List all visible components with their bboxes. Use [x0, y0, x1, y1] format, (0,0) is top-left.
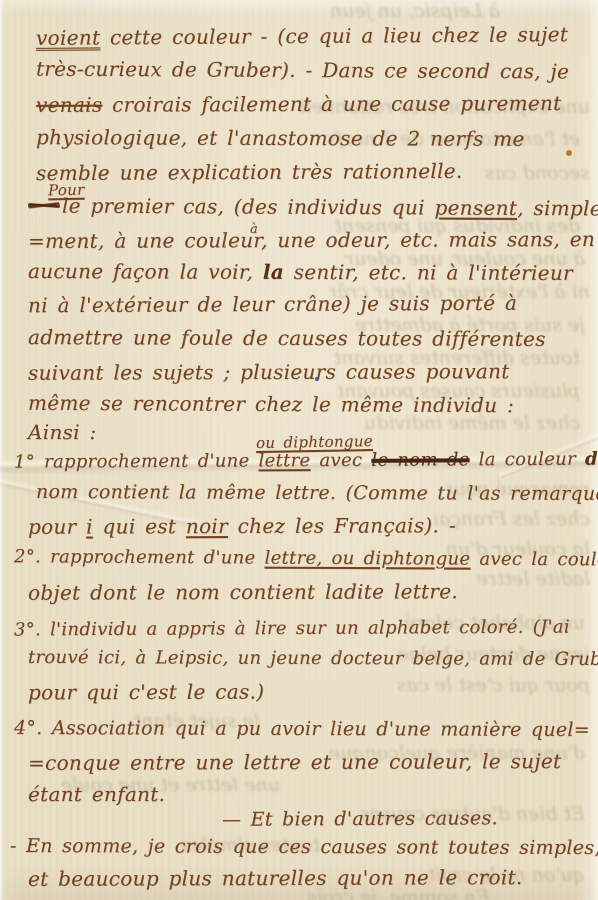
list-item-4: 4°. Association qui a pu avoir lieu d'un…: [14, 717, 590, 741]
text-segment: objet dont le nom contient ladite lettre…: [28, 579, 458, 605]
text-segment: sentir, etc. ni à l'intérieur: [284, 260, 573, 285]
line-final: et beaucoup plus naturelles qu'on ne le …: [28, 865, 523, 891]
line-08: aucune façon la voir, la sentir, etc. ni…: [28, 259, 573, 285]
bleedthrough-text: chez les Français: [435, 508, 590, 530]
text-segment: 3°. l'individu a appris à lire sur un al…: [14, 617, 570, 641]
text-segment: pour qui c'est le cas.): [28, 680, 264, 705]
text-segment: même se rencontrer chez le même individu…: [28, 391, 514, 418]
line-04: physiologique, et l'anastomose de 2 nerf…: [36, 125, 525, 151]
text-segment: le nom de: [371, 449, 469, 471]
text-segment: admettre une foule de causes toutes diff…: [28, 325, 546, 351]
text-segment: nom contient la même lettre. (Comme tu l…: [36, 481, 598, 505]
text-segment: et beaucoup plus naturelles qu'on ne le …: [28, 865, 523, 891]
text-segment: venais: [36, 93, 102, 117]
bleedthrough-text: pour qui c'est le cas: [300, 674, 590, 696]
line-02: très-curieux de Gruber). - Dans ce secon…: [36, 57, 569, 84]
text-segment: noir: [186, 514, 228, 538]
text-segment: avec: [310, 450, 371, 471]
text-segment: la couleur: [470, 449, 585, 471]
line-other-causes: — Et bien d'autres causes.: [222, 807, 498, 830]
text-segment: la: [263, 260, 284, 284]
line-13: Ainsi :: [28, 420, 97, 444]
text-segment: , simple,: [517, 196, 598, 220]
text-segment: Ainsi :: [28, 420, 97, 444]
text-segment: aucune façon la voir,: [28, 259, 263, 284]
bleedthrough-text: à Leipsic, un jeune docteur: [330, 0, 500, 22]
line-09: ni à l'extérieur de leur crâne) je suis …: [28, 291, 517, 318]
text-segment: croirais facilement à une cause purement: [102, 91, 561, 117]
ink-speck: [566, 150, 572, 156]
list-item-3b: trouvé ici, à Leipsic, un jeune docteur …: [28, 647, 598, 670]
text-segment: =conque entre une lettre et une couleur,…: [28, 749, 561, 775]
list-item-3: 3°. l'individu a appris à lire sur un al…: [14, 617, 570, 641]
list-item-2b: objet dont le nom contient ladite lettre…: [28, 579, 458, 605]
list-item-3c: pour qui c'est le cas.): [28, 680, 264, 705]
list-item-1: 1° rapprochement d'une lettre avec le no…: [14, 448, 598, 472]
text-segment: physiologique, et l'anastomose de 2 nerf…: [36, 125, 525, 151]
text-segment: dont: [585, 448, 598, 469]
line-01: voient cette couleur - (ce qui a lieu ch…: [36, 22, 568, 50]
text-segment: qui est: [93, 514, 186, 538]
text-segment: 4°. Association qui a pu avoir lieu d'un…: [14, 717, 590, 741]
text-segment: avec la couleur d'un: [470, 549, 598, 571]
list-item-1c: pour i qui est noir chez les Français). …: [28, 513, 456, 538]
text-segment: le premier cas, (des individus qui: [62, 194, 435, 220]
line-en-somme: - En somme, je crois que ces causes sont…: [10, 835, 598, 859]
list-item-4c: étant enfant.: [28, 782, 165, 806]
text-segment: ni à l'extérieur de leur crâne) je suis …: [28, 291, 517, 318]
list-item-1b: nom contient la même lettre. (Comme tu l…: [36, 481, 598, 505]
text-segment: lettre, ou diphtongue: [264, 548, 470, 570]
text-segment: chez les Français). -: [228, 513, 456, 538]
line-11: suivant les sujets ; plusieurs causes po…: [28, 359, 510, 385]
text-segment: cette couleur - (ce qui a lieu chez le s…: [100, 22, 568, 49]
text-segment: - En somme, je crois que ces causes sont…: [10, 835, 598, 859]
text-segment: pensent: [434, 196, 517, 220]
text-segment: semble une explication très rationnelle.: [36, 159, 463, 185]
text-segment: pour: [28, 515, 86, 539]
manuscript-page: à Leipsic, un jeune docteurune explicati…: [0, 0, 598, 900]
line-10: admettre une foule de causes toutes diff…: [28, 325, 546, 351]
text-segment: très-curieux de Gruber). - Dans ce secon…: [36, 57, 569, 84]
line-06: le premier cas, (des individus qui pense…: [62, 194, 598, 221]
text-segment: 2°. rapprochement d'une: [14, 546, 265, 568]
text-segment: lettre: [258, 450, 310, 471]
line-07: =ment, à une couleur, une odeur, etc. ma…: [28, 227, 595, 253]
text-segment: voient: [36, 25, 100, 49]
text-segment: — Et bien d'autres causes.: [222, 807, 498, 830]
text-segment: suivant les sujets ; plusieurs causes po…: [28, 359, 510, 385]
list-item-2: 2°. rapprochement d'une lettre, ou dipht…: [14, 546, 598, 570]
line-12: même se rencontrer chez le même individu…: [28, 391, 514, 418]
text-segment: trouvé ici, à Leipsic, un jeune docteur …: [28, 647, 598, 670]
text-segment: 1° rapprochement d'une: [14, 450, 259, 472]
list-item-4b: =conque entre une lettre et une couleur,…: [28, 749, 561, 775]
bleedthrough-text: ladite lettre: [435, 568, 590, 590]
line-05: semble une explication très rationnelle.: [36, 159, 463, 185]
strikeout-scribble: [28, 199, 60, 212]
line-03: venais croirais facilement à une cause p…: [36, 91, 562, 117]
text-segment: =ment, à une couleur, une odeur, etc. ma…: [28, 227, 595, 253]
text-segment: étant enfant.: [28, 782, 165, 806]
bleedthrough-text: second cas: [470, 162, 590, 184]
